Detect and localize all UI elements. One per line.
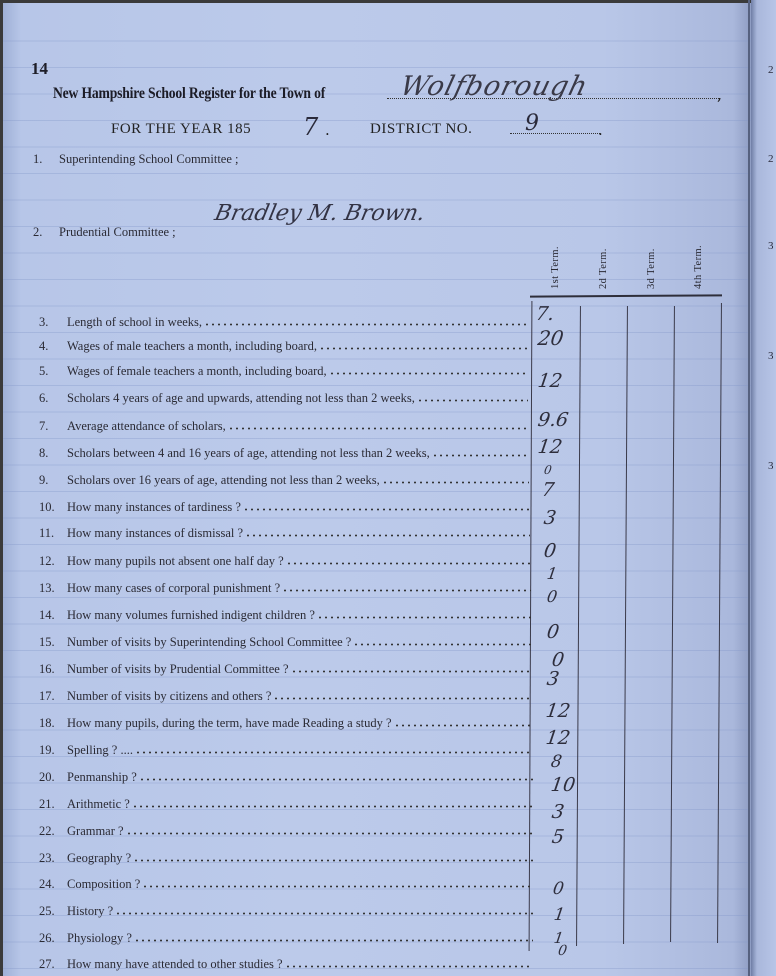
register-row: 8.Scholars between 4 and 16 years of age… <box>39 443 529 461</box>
register-row: 23.Geography ? <box>39 848 533 866</box>
column-divider <box>623 306 628 944</box>
prudential-committee-value: Bradley M. Brown. <box>212 201 427 226</box>
district-label: DISTRICT NO. <box>370 121 472 138</box>
term1-value: 3 <box>550 801 565 823</box>
register-row: 21.Arithmetic ? <box>39 794 533 812</box>
register-row: 18.How many pupils, during the term, hav… <box>39 713 533 731</box>
register-row: 9.Scholars over 16 years of age, attendi… <box>39 470 529 488</box>
register-row: 16.Number of visits by Prudential Commit… <box>39 659 532 677</box>
term1-value: 10 <box>549 774 576 796</box>
prudential-committee-label: 2.Prudential Committee ; <box>33 225 176 240</box>
register-row: 27.How many have attended to other studi… <box>39 954 533 972</box>
column-divider <box>576 306 581 946</box>
register-row: 3.Length of school in weeks, <box>39 312 527 330</box>
register-row: 25.History ? <box>39 901 533 919</box>
register-row: 17.Number of visits by citizens and othe… <box>39 686 533 704</box>
page-number: 14 <box>31 59 48 79</box>
term1-value: 9.6 <box>536 409 569 431</box>
header-underline <box>530 294 722 297</box>
column-header-term-4: 4th Term. <box>693 245 704 289</box>
term1-value: 0 <box>545 621 560 643</box>
term1-value: 20 <box>536 326 565 350</box>
term1-value: 12 <box>544 727 571 749</box>
district-value: 9 <box>525 111 539 136</box>
register-row: 14.How many volumes furnished indigent c… <box>39 605 531 623</box>
district-field-line <box>510 133 600 134</box>
register-row: 19.Spelling ? .... <box>39 740 533 758</box>
term1-value: 0 <box>557 943 568 959</box>
term1-value: 0 <box>542 540 557 562</box>
term1-value: 1 <box>553 905 567 925</box>
register-row: 13.How many cases of corporal punishment… <box>39 578 531 596</box>
term1-value: 0 <box>546 587 559 606</box>
column-divider <box>670 306 675 942</box>
term1-value: 0 <box>543 463 553 477</box>
year-label: FOR THE YEAR 185 <box>111 121 251 138</box>
term1-value: 12 <box>536 436 563 458</box>
register-row: 7.Average attendance of scholars, <box>39 416 528 434</box>
register-row: 4.Wages of male teachers a month, includ… <box>39 336 527 354</box>
register-row: 22.Grammar ? <box>39 821 533 839</box>
register-row: 10.How many instances of tardiness ? <box>39 497 530 515</box>
book-gutter <box>748 0 750 976</box>
column-header-term-1: 1st Term. <box>550 246 561 289</box>
register-row: 24.Composition ? <box>39 874 533 892</box>
register-row: 12.How many pupils not absent one half d… <box>39 551 531 569</box>
term1-value: 7. <box>534 303 555 325</box>
year-value: 7 <box>303 113 318 141</box>
term1-value: 3 <box>545 668 560 690</box>
column-header-term-3: 3d Term. <box>646 248 657 289</box>
term1-value: 12 <box>536 370 563 392</box>
title-comma: , <box>717 85 722 104</box>
register-row: 11.How many instances of dismissal ? <box>39 523 530 541</box>
register-row: 20.Penmanship ? <box>39 767 533 785</box>
term1-value: 5 <box>550 826 565 848</box>
register-row: 15.Number of visits by Superintending Sc… <box>39 632 532 650</box>
term1-value: 7 <box>540 479 555 501</box>
register-row: 26.Physiology ? <box>39 928 533 946</box>
term1-value: 12 <box>544 700 571 722</box>
town-value: Wolfborough <box>397 71 591 102</box>
term1-value: 8 <box>550 752 564 772</box>
register-title: New Hampshire School Register for the To… <box>53 85 325 103</box>
term1-value: 1 <box>546 564 559 583</box>
term1-value: 0 <box>552 879 566 899</box>
column-divider <box>717 303 722 943</box>
column-header-term-2: 2d Term. <box>598 248 609 289</box>
facing-page-edge: 2 2 3 3 3 <box>751 0 776 976</box>
district-period: . <box>598 121 603 139</box>
register-row: 6.Scholars 4 years of age and upwards, a… <box>39 388 528 406</box>
register-row: 5.Wages of female teachers a month, incl… <box>39 361 527 379</box>
term1-value: 3 <box>542 507 557 529</box>
register-page: 14 New Hampshire School Register for the… <box>3 3 751 976</box>
year-period: . <box>325 121 330 139</box>
superintending-committee-label: 1.Superintending School Committee ; <box>33 152 239 167</box>
